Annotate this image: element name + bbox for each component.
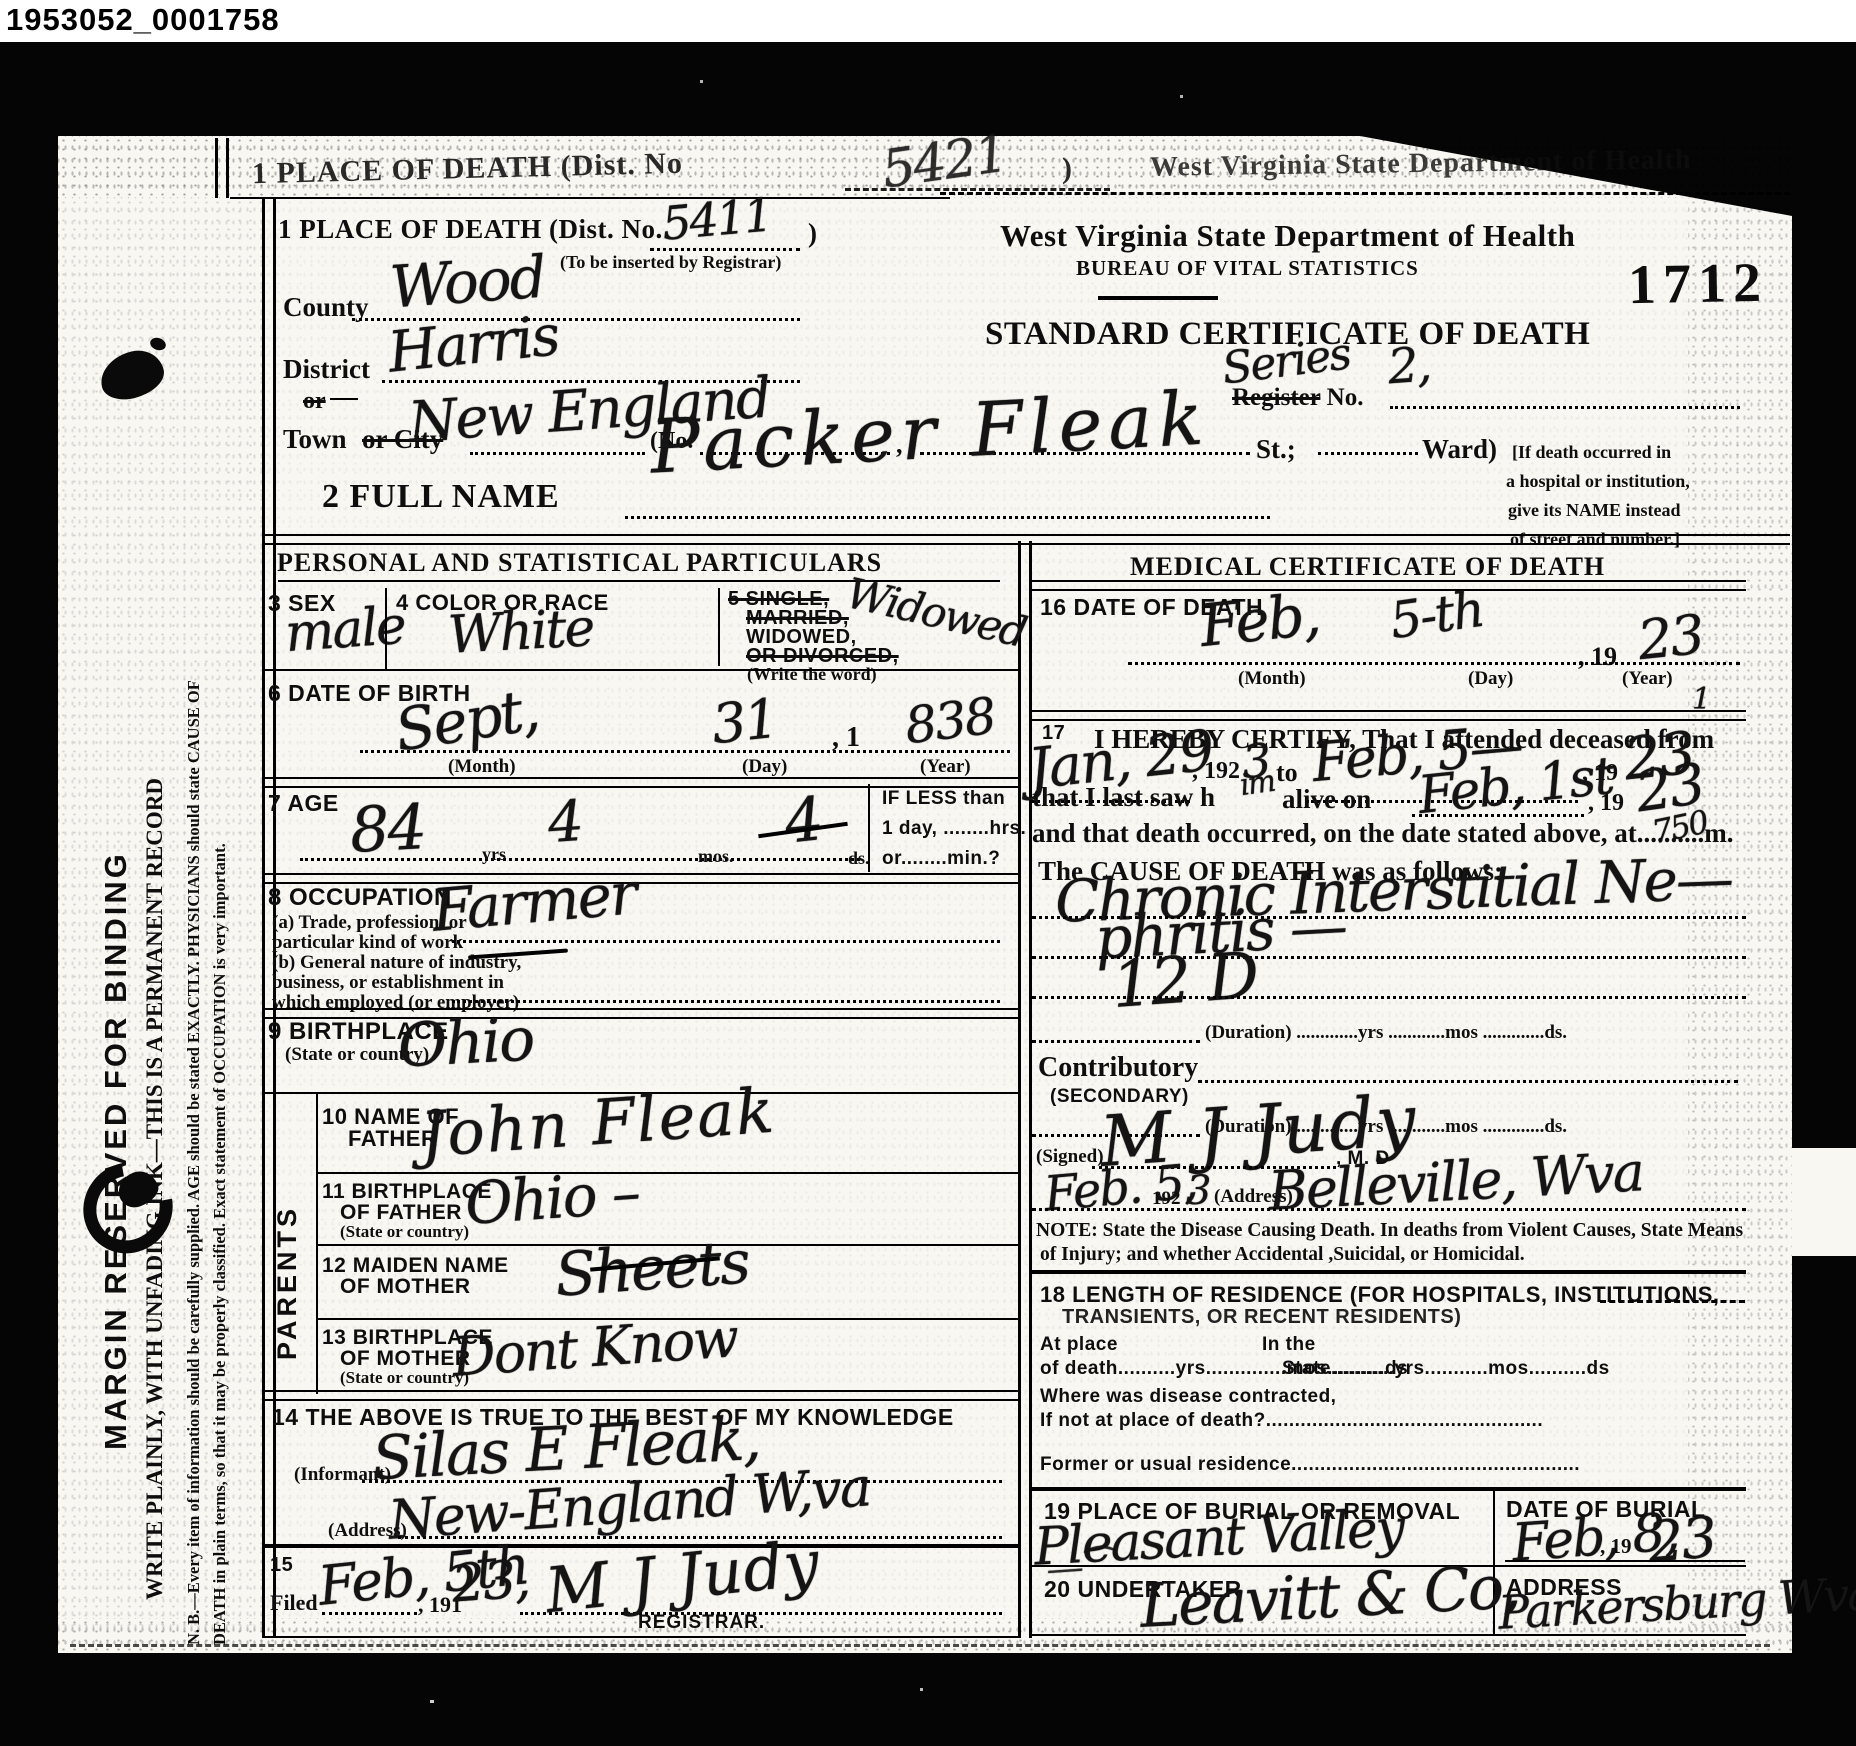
register-no-word: No. bbox=[1320, 384, 1363, 411]
contributory-label: Contributory bbox=[1038, 1052, 1198, 1084]
bureau-rule bbox=[1098, 296, 1218, 300]
occupation-b-line2: business, or establishment in bbox=[272, 972, 504, 994]
cause-line3-value: 12 D bbox=[1110, 939, 1260, 1023]
mother-maiden-label2: OF MOTHER bbox=[340, 1275, 471, 1299]
register-no-label: Register No. bbox=[1232, 384, 1363, 412]
printed-192-sig: 192 bbox=[1152, 1188, 1181, 1210]
margin-nb-line2: DEATH in plain terms, so that it may be … bbox=[210, 300, 236, 1645]
burial-printed-19: , 19 bbox=[1600, 1534, 1632, 1559]
duration1-line: (Duration) .............yrs ............… bbox=[1205, 1022, 1567, 1044]
birthplace-value: Ohio bbox=[396, 1005, 535, 1082]
dust-speck bbox=[430, 1700, 434, 1703]
death-occurred-statement: and that death occurred, on the date sta… bbox=[1032, 818, 1733, 849]
place-of-death-label: 1 PLACE OF DEATH (Dist. No. bbox=[278, 214, 663, 245]
page-top-edge bbox=[230, 197, 950, 199]
row-parents-bottom bbox=[262, 1390, 1018, 1401]
ifless-line1: IF LESS than bbox=[882, 788, 1005, 810]
place-paren: ) bbox=[808, 218, 817, 249]
printed-19-saw: , 19 bbox=[1588, 790, 1624, 817]
row-father-bottom bbox=[316, 1172, 1018, 1174]
row-age-bottom bbox=[262, 873, 1018, 884]
page-bottom-rule bbox=[262, 1636, 1020, 1638]
margin-nb-line1: N. B.—Every item of information should b… bbox=[184, 300, 210, 1645]
in-the-label: In the bbox=[1262, 1334, 1316, 1356]
page-top-edge-dashed bbox=[940, 192, 1790, 195]
row-residence-bottom bbox=[1030, 1487, 1746, 1491]
registrar-label: REGISTRAR. bbox=[638, 1612, 765, 1634]
ifless-line3: or........min.? bbox=[882, 848, 1000, 870]
cause-line3-rule bbox=[1032, 996, 1746, 999]
dob-year-value: 838 bbox=[902, 687, 998, 755]
printed-192-from: , 192 bbox=[1192, 758, 1240, 785]
residence-dashes bbox=[1600, 1300, 1745, 1303]
sex-value: male bbox=[283, 596, 407, 664]
mother-maiden-value: Sheets bbox=[553, 1227, 751, 1310]
age-yrs-label: yrs bbox=[482, 844, 506, 865]
personal-section-title: PERSONAL AND STATISTICAL PARTICULARS bbox=[277, 548, 882, 578]
filed-number: 15 bbox=[270, 1554, 293, 1577]
occupation-a-line bbox=[452, 940, 1000, 943]
burial-date-underline bbox=[1505, 1560, 1745, 1562]
father-bp-value: Ohio – bbox=[463, 1158, 641, 1238]
note-line2: of Injury; and whether Accidental ,Suici… bbox=[1040, 1244, 1525, 1266]
last-saw-statement: that I last saw h bbox=[1032, 782, 1215, 813]
mother-bp-caption: (State or country) bbox=[340, 1368, 469, 1388]
hospital-note-line3: give its NAME instead bbox=[1508, 500, 1681, 521]
street-label: St.; bbox=[1256, 434, 1296, 465]
hospital-note-line2: a hospital or institution, bbox=[1506, 471, 1690, 492]
medical-title-rule bbox=[1030, 580, 1746, 591]
dob-cap-day: (Day) bbox=[742, 756, 787, 778]
dust-speck bbox=[700, 80, 703, 83]
where-contracted-line2: If not at place of death?...............… bbox=[1040, 1410, 1543, 1432]
district-number-line bbox=[650, 248, 800, 251]
dob-line bbox=[360, 750, 1010, 753]
page-edge-tab bbox=[1790, 1148, 1856, 1256]
ghost-page-edge bbox=[215, 138, 229, 198]
age-mos-label: mos. bbox=[698, 846, 734, 867]
dod-cap-year: (Year) bbox=[1622, 668, 1673, 690]
town-line bbox=[470, 452, 645, 455]
dod-line bbox=[1128, 662, 1740, 665]
row-note-bottom bbox=[1030, 1270, 1746, 1274]
ward-label: Ward) bbox=[1422, 434, 1497, 465]
dust-speck bbox=[1180, 95, 1183, 98]
dod-printed-19: , 19 bbox=[1578, 642, 1617, 672]
hospital-note-line1: [If death occurred in bbox=[1512, 442, 1671, 463]
alive-on-label: alive on bbox=[1282, 784, 1371, 815]
note-line1: NOTE: State the Disease Causing Death. I… bbox=[1036, 1220, 1743, 1242]
filed-line1 bbox=[322, 1612, 417, 1615]
age-ifless-divider bbox=[868, 784, 870, 872]
register-no-line bbox=[1390, 406, 1740, 409]
bureau-heading: BUREAU OF VITAL STATISTICS bbox=[1076, 256, 1419, 281]
where-contracted-line1: Where was disease contracted, bbox=[1040, 1386, 1336, 1408]
duration1-leader bbox=[1032, 1040, 1200, 1043]
margin-permanent-text: WRITE PLAINLY, WITH UNFADING INK—THIS IS… bbox=[142, 320, 178, 1600]
full-name-line bbox=[625, 516, 1270, 519]
scanned-death-certificate: 1953052_0001758 MARGIN RESERVED FOR BIND… bbox=[0, 0, 1856, 1746]
row-undertaker-bottom bbox=[1030, 1634, 1746, 1636]
scan-id-label: 1953052_0001758 bbox=[6, 2, 280, 38]
residence-right-line: State...........yrs...........mos.......… bbox=[1282, 1358, 1610, 1380]
dob-cap-year: (Year) bbox=[920, 756, 971, 778]
ward-line bbox=[1318, 452, 1418, 455]
age-days-value: 4 bbox=[781, 784, 824, 857]
dob-day-value: 31 bbox=[709, 687, 780, 756]
parents-group-label: PARENTS bbox=[272, 1140, 312, 1360]
occupation-b-line bbox=[452, 1000, 1000, 1003]
row-dod-bottom bbox=[1030, 710, 1746, 721]
filed-year-value: 23, bbox=[450, 1549, 531, 1614]
page-bottom-scuff bbox=[70, 1644, 1770, 1647]
last-saw-line bbox=[1412, 814, 1584, 817]
ghost-paren: ) bbox=[1062, 152, 1072, 186]
ifless-line2: 1 day, ........hrs. bbox=[882, 818, 1026, 840]
dob-cap-month: (Month) bbox=[448, 756, 516, 778]
row-sex-bottom bbox=[262, 669, 1018, 671]
register-word: Register bbox=[1232, 384, 1320, 411]
race-marital-divider bbox=[718, 588, 720, 666]
district-or-label: or bbox=[303, 388, 326, 415]
dod-month-value: Feb, bbox=[1197, 580, 1322, 660]
sex-race-divider bbox=[385, 588, 387, 670]
dod-cap-day: (Day) bbox=[1468, 668, 1513, 690]
former-residence-line: Former or usual residence...............… bbox=[1040, 1454, 1580, 1476]
department-heading: West Virginia State Department of Health bbox=[1000, 218, 1575, 254]
dust-speck bbox=[920, 1688, 923, 1691]
him-superscript: im bbox=[1238, 764, 1277, 803]
or-dash bbox=[330, 398, 358, 400]
ghost-underline bbox=[845, 188, 1110, 191]
registrar-note: (To be inserted by Registrar) bbox=[560, 252, 781, 273]
residence-label-line2: TRANSIENTS, OR RECENT RESIDENTS) bbox=[1062, 1306, 1461, 1329]
residence-label-line1: 18 LENGTH OF RESIDENCE (FOR HOSPITALS, I… bbox=[1040, 1282, 1720, 1308]
age-years-value: 84 bbox=[348, 790, 427, 867]
dod-cap-month: (Month) bbox=[1238, 668, 1306, 690]
town-label: Town bbox=[283, 424, 347, 455]
race-value: White bbox=[447, 598, 595, 666]
district-number-value: 5411 bbox=[660, 187, 773, 250]
father-bp-caption: (State or country) bbox=[340, 1222, 469, 1242]
certificate-number-stamp: 1712 bbox=[1627, 251, 1768, 317]
marital-write-word: (Write the word) bbox=[747, 664, 877, 685]
district-label: District bbox=[283, 354, 370, 385]
row-dob-bottom bbox=[262, 777, 1018, 788]
medical-section-title: MEDICAL CERTIFICATE OF DEATH bbox=[1130, 552, 1605, 582]
column-divider bbox=[1018, 541, 1032, 1638]
filed-label: Filed bbox=[270, 1590, 318, 1616]
contributory-line bbox=[1198, 1080, 1738, 1083]
age-line bbox=[300, 858, 860, 861]
physician-address-line bbox=[1032, 1208, 1746, 1211]
series-number-handwritten: 2, bbox=[1386, 337, 1432, 396]
full-name-label: 2 FULL NAME bbox=[322, 478, 560, 516]
at-place-label: At place bbox=[1040, 1334, 1118, 1356]
occupation-label: 8 OCCUPATION bbox=[268, 884, 452, 912]
age-ds-label: ds. bbox=[848, 848, 870, 869]
age-months-value: 4 bbox=[546, 789, 584, 856]
margin-binding-text: MARGIN RESERVED FOR BINDING bbox=[98, 470, 142, 1450]
age-label: 7 AGE bbox=[268, 790, 339, 817]
